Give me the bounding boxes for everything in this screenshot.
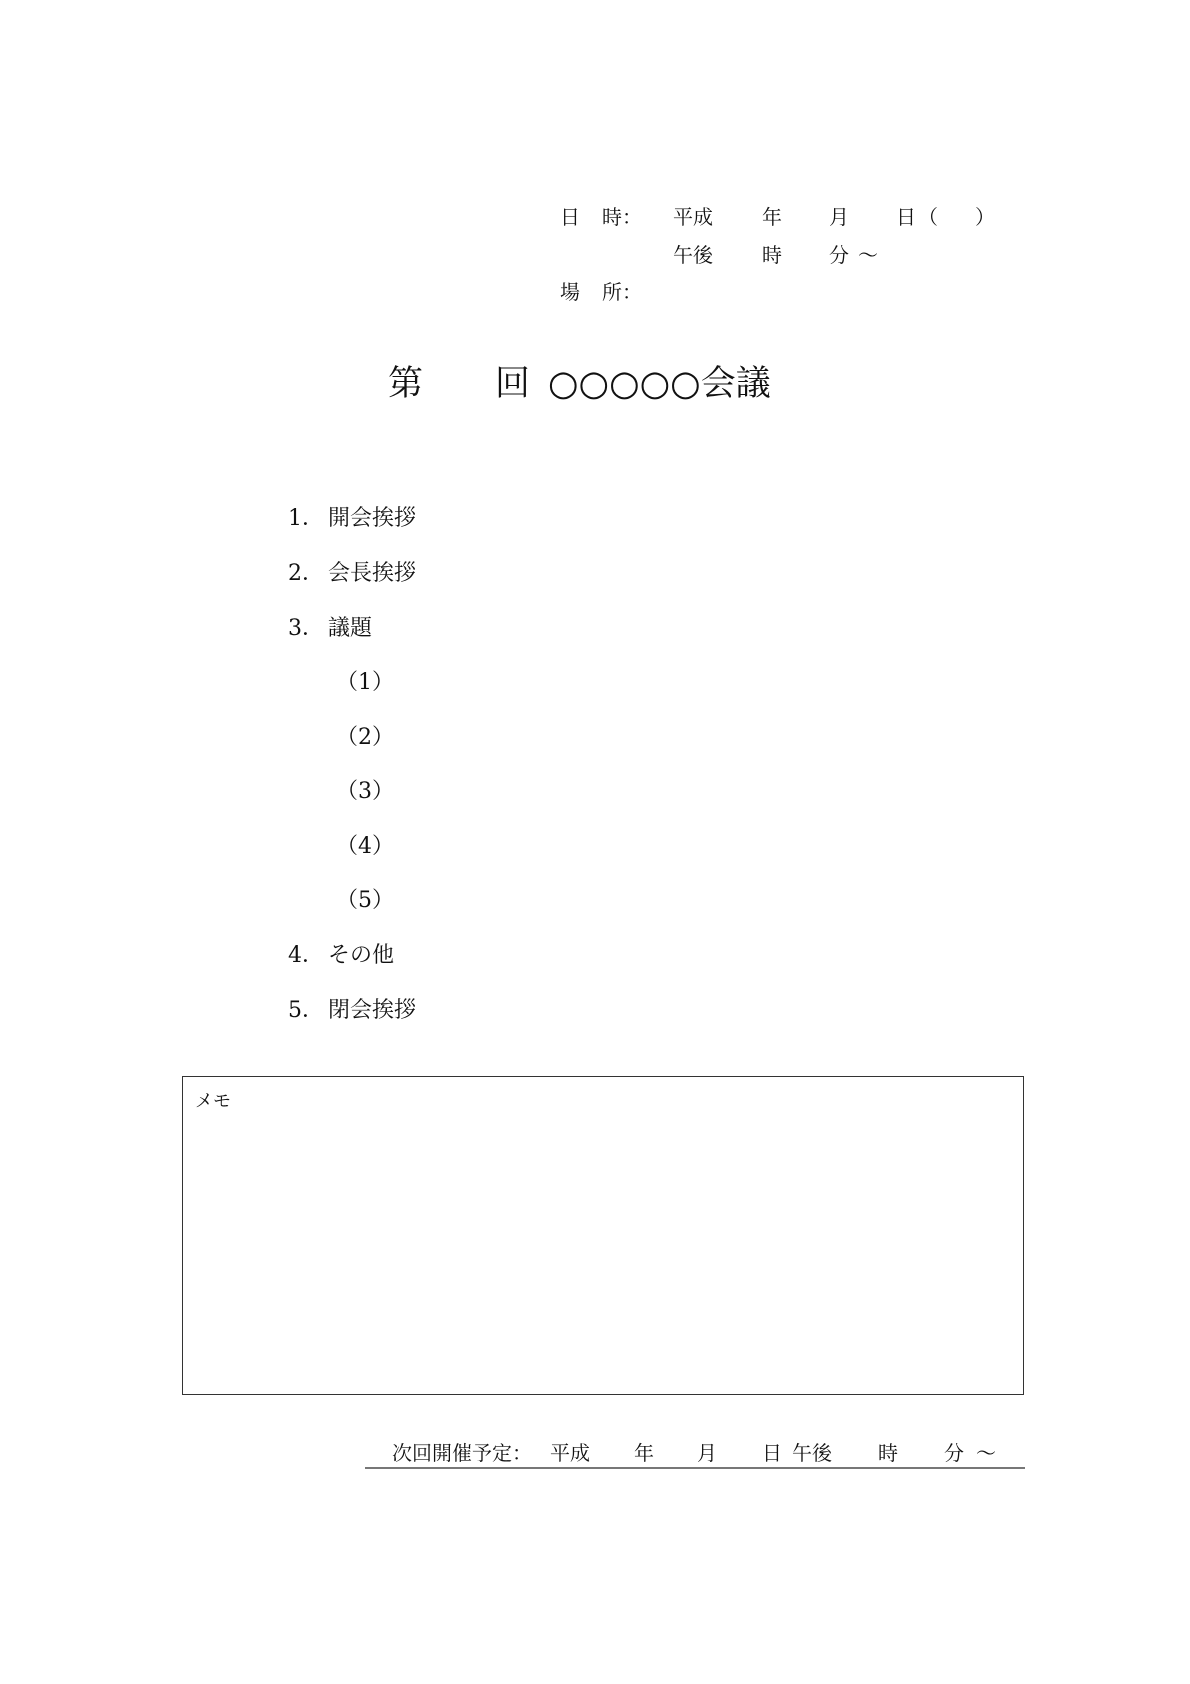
time-minute-unit: 分 <box>829 245 849 265</box>
date-day-unit: 日 <box>896 207 916 227</box>
next-minute-unit: 分 <box>944 1443 964 1463</box>
time-tilde: ～ <box>858 245 878 265</box>
agenda-item: 5．閉会挨拶 <box>288 1000 416 1022</box>
title-dai: 第 <box>388 367 423 402</box>
next-day-unit: 日 <box>762 1443 782 1463</box>
weekday-close-paren: ） <box>975 207 995 227</box>
place-label-char-1: 場 <box>560 282 580 302</box>
agenda-item-label: 会長挨拶 <box>328 561 416 586</box>
agenda-item: 2．会長挨拶 <box>288 563 416 585</box>
agenda-item-label: 閉会挨拶 <box>328 998 416 1023</box>
weekday-open-paren: （ <box>918 207 938 227</box>
memo-label: メモ <box>195 1087 231 1113</box>
agenda-item: 4．その他 <box>288 945 394 967</box>
agenda-subitem: （3） <box>336 781 394 803</box>
agenda-item: 1．開会挨拶 <box>288 508 416 530</box>
time-pm: 午後 <box>673 245 713 265</box>
agenda-item-number: 4． <box>288 943 324 968</box>
next-year-unit: 年 <box>634 1443 654 1463</box>
agenda-item-label: 議題 <box>328 616 372 641</box>
agenda-item: 3．議題 <box>288 618 372 640</box>
time-hour-unit: 時 <box>762 245 782 265</box>
date-year-unit: 年 <box>762 207 782 227</box>
next-tilde: ～ <box>976 1443 996 1463</box>
next-pm: 午後 <box>792 1443 832 1463</box>
datetime-label-char-1: 日 <box>560 207 580 227</box>
agenda-item-number: 5． <box>288 998 324 1023</box>
agenda-item-number: 2． <box>288 561 324 586</box>
agenda-subitem: （4） <box>336 836 394 858</box>
date-era: 平成 <box>673 207 713 227</box>
datetime-label-char-2: 時： <box>602 207 642 227</box>
agenda-item-number: 1． <box>288 506 324 531</box>
title-meeting-name: ○○○○○会議 <box>548 367 771 402</box>
next-month-unit: 月 <box>697 1443 717 1463</box>
next-hour-unit: 時 <box>878 1443 898 1463</box>
title-kai: 回 <box>495 367 530 402</box>
agenda-item-number: 3． <box>288 616 324 641</box>
memo-box[interactable]: メモ <box>182 1076 1024 1395</box>
agenda-item-label: 開会挨拶 <box>328 506 416 531</box>
next-era: 平成 <box>550 1443 590 1463</box>
agenda-subitem: （2） <box>336 727 394 749</box>
place-label-char-2: 所： <box>602 282 642 302</box>
agenda-item-label: その他 <box>328 943 394 968</box>
next-meeting-label: 次回開催予定： <box>392 1443 532 1463</box>
agenda-subitem: （1） <box>336 672 394 694</box>
date-month-unit: 月 <box>829 207 849 227</box>
footer-underline <box>365 1467 1025 1469</box>
agenda-subitem: （5） <box>336 890 394 912</box>
